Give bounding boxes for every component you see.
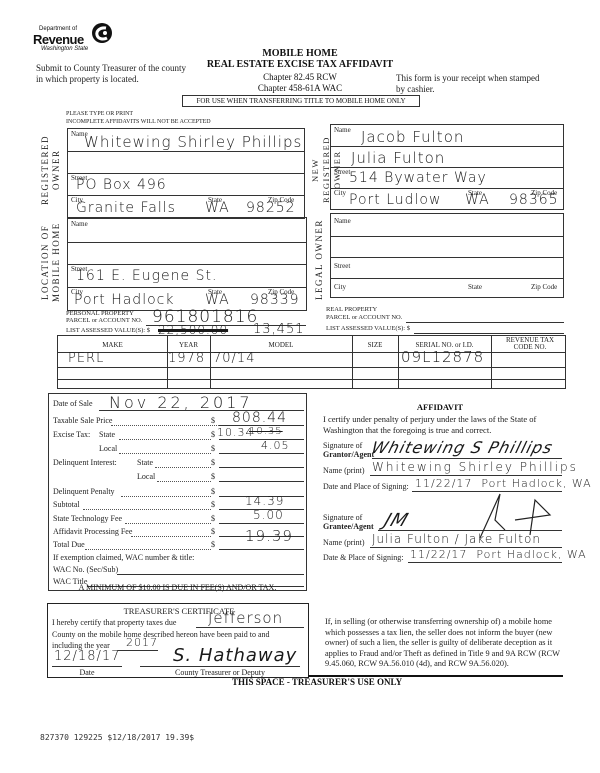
- taxable-sale-price-label: Taxable Sale Price: [53, 416, 112, 425]
- delinquent-penalty-label: Delinquent Penalty: [53, 487, 115, 496]
- treasurer-date-label: Date: [52, 668, 122, 677]
- usage-banner: FOR USE WHEN TRANSFERRING TITLE TO MOBIL…: [182, 95, 420, 107]
- new-owner-city[interactable]: Port Ludlow: [349, 192, 441, 208]
- excise-state-struck: 10.35: [249, 426, 283, 437]
- registered-owner-zip[interactable]: 98252: [246, 200, 296, 216]
- location-state[interactable]: WA: [205, 292, 230, 308]
- header-revenue-tax-code: REVENUE TAX CODE NO.: [498, 337, 562, 351]
- treasurer-date-value[interactable]: 12/18/17: [54, 649, 120, 664]
- registered-owner-section-label: REGISTEREDOWNER: [40, 130, 64, 210]
- header-size: SIZE: [352, 341, 398, 349]
- date-of-sale-label: Date of Sale: [53, 399, 93, 408]
- incomplete-note: INCOMPLETE AFFIDAVITS WILL NOT BE ACCEPT…: [66, 119, 211, 125]
- location-box: Name Street 161 E. Eugene St. City Port …: [67, 217, 307, 311]
- cell-year[interactable]: 1978: [168, 351, 205, 366]
- state-technology-fee-value[interactable]: 5.00: [253, 508, 284, 522]
- treasurer-county[interactable]: Jefferson: [208, 609, 283, 627]
- grantor-name-print[interactable]: Whitewing Shirley Phillips: [372, 460, 578, 474]
- grantor-date-place[interactable]: 11/22/17 Port Hadlock, WA: [415, 477, 592, 490]
- treasurer-signature: S. Hathaway: [173, 645, 297, 666]
- grantor-sig-label-1: Signature of: [323, 441, 362, 450]
- grantee-name-print[interactable]: Julia Fulton / Jake Fulton: [372, 532, 541, 546]
- dollar-sign: $: [211, 472, 215, 481]
- usage-banner-text: FOR USE WHEN TRANSFERRING TITLE TO MOBIL…: [183, 96, 419, 106]
- wac-no-field[interactable]: [117, 574, 304, 575]
- location-street[interactable]: 161 E. Eugene St.: [76, 268, 217, 284]
- total-due-value[interactable]: 19.39: [245, 527, 293, 545]
- street-label: Street: [334, 168, 350, 176]
- receipt-note-1: This form is your receipt when stamped: [396, 73, 539, 83]
- city-label: City: [334, 283, 346, 291]
- dollar-sign: $: [211, 444, 215, 453]
- exemption-label: If exemption claimed, WAC number & title…: [53, 553, 194, 562]
- personal-assessed-label: LIST ASSESSED VALUE(S): $: [66, 327, 150, 334]
- zip-label: Zip Code: [531, 283, 557, 291]
- new-owner-name-line2[interactable]: Julia Fulton: [351, 149, 445, 167]
- dollar-sign: $: [211, 527, 215, 536]
- wac-no-label: WAC No. (Sec/Sub): [53, 565, 118, 574]
- tax-lien-warning: If, in selling (or otherwise transferrin…: [325, 617, 571, 670]
- cell-make[interactable]: PERL: [68, 351, 104, 366]
- section-label: MOBILE HOME: [51, 222, 61, 302]
- grantee-name-label: Name (print): [323, 538, 365, 547]
- street-label: Street: [334, 262, 350, 270]
- subtotal-value[interactable]: 14.39: [245, 494, 284, 508]
- subtotal-label: Subtotal: [53, 500, 80, 509]
- registered-owner-name[interactable]: Whitewing Shirley Phillips: [84, 133, 302, 151]
- minimum-due-note: A MINIMUM OF $10.00 IS DUE IN FEE(S) AND…: [48, 583, 307, 592]
- new-registered-owner-box: Name Jacob Fulton Julia Fulton Street 51…: [330, 124, 564, 210]
- cell-model[interactable]: 70/14: [213, 351, 255, 366]
- registered-owner-city[interactable]: Granite Falls: [76, 200, 176, 216]
- excise-local-label: Local: [99, 444, 117, 453]
- section-label: NEW REGISTERED: [310, 137, 331, 204]
- cell-serial[interactable]: 09L12878: [401, 348, 484, 366]
- grantee-date-place[interactable]: 11/22/17 Port Hadlock, WA: [410, 548, 587, 561]
- real-assessed-label: LIST ASSESSED VALUE(S): $: [326, 325, 410, 332]
- location-city[interactable]: Port Hadlock: [74, 292, 174, 308]
- total-due-label: Total Due: [53, 540, 85, 549]
- dollar-sign: $: [211, 416, 215, 425]
- chapter-wac: Chapter 458-61A WAC: [0, 83, 600, 93]
- header-model: MODEL: [210, 341, 352, 349]
- treasurer-cert-line-1: I hereby certify that property taxes due: [52, 618, 176, 627]
- treasurer-signer-label: County Treasurer or Deputy: [140, 668, 300, 677]
- dollar-sign: $: [211, 514, 215, 523]
- personal-property-label-1: PERSONAL PROPERTY: [66, 310, 134, 317]
- dollar-sign: $: [211, 487, 215, 496]
- cashier-stamp: 827370 129225 $12/18/2017 19.39$: [40, 733, 194, 742]
- affidavit-certify-2: Washington that the foregoing is true an…: [323, 425, 491, 435]
- delinquent-local-field[interactable]: [219, 481, 304, 482]
- name-label: Name: [334, 217, 351, 225]
- legal-owner-box: Name Street City State Zip Code: [330, 213, 564, 298]
- state-label: State: [468, 283, 482, 291]
- grantee-signature: JM: [381, 510, 411, 531]
- delinquent-state-field[interactable]: [219, 467, 304, 468]
- excise-local-value[interactable]: 4.05: [261, 439, 290, 452]
- form-title-1: MOBILE HOME: [0, 48, 600, 59]
- grantee-sig-label-2: Grantee/Agent: [323, 522, 374, 531]
- excise-state-label: State: [99, 430, 115, 439]
- treasurer-cert-line-2: County on the mobile home described here…: [52, 630, 270, 639]
- grantee-date-label: Date & Place of Signing:: [323, 553, 403, 562]
- new-owner-street[interactable]: 514 Bywater Way: [349, 170, 487, 186]
- mobile-home-details-table: MAKE YEAR MODEL SIZE SERIAL NO. or I.D. …: [57, 335, 566, 389]
- grantor-date-label: Date and Place of Signing:: [323, 482, 409, 491]
- location-section-label: LOCATION OFMOBILE HOME: [40, 220, 66, 304]
- section-label: REGISTERED: [40, 135, 50, 205]
- dollar-sign: $: [211, 500, 215, 509]
- affidavit-certify-1: I certify under penalty of perjury under…: [323, 414, 536, 424]
- please-type-note: PLEASE TYPE OR PRINT: [66, 111, 133, 117]
- name-label: Name: [71, 220, 88, 228]
- dollar-sign: $: [211, 430, 215, 439]
- logo-name-text: Revenue: [33, 32, 84, 47]
- new-owner-name[interactable]: Jacob Fulton: [361, 128, 464, 146]
- new-owner-zip[interactable]: 98365: [509, 192, 559, 208]
- location-zip[interactable]: 98339: [250, 292, 300, 308]
- registered-owner-box: Name Whitewing Shirley Phillips Street P…: [67, 128, 305, 219]
- delinquent-local-label: Local: [137, 472, 155, 481]
- treasurer-certificate-box: TREASURER'S CERTIFICATE I hereby certify…: [47, 603, 309, 678]
- real-property-label-1: REAL PROPERTY: [326, 306, 377, 313]
- real-assessed-underline[interactable]: [414, 333, 564, 334]
- excise-tax-label: Excise Tax:: [53, 430, 90, 439]
- registered-owner-street[interactable]: PO Box 496: [76, 177, 167, 193]
- section-label: LOCATION OF: [40, 224, 50, 299]
- delinquent-interest-label: Delinquent Interest:: [53, 458, 117, 467]
- grantee-sig-label-1: Signature of: [323, 513, 362, 522]
- real-property-label-2: PARCEL or ACCOUNT NO.: [326, 314, 402, 321]
- state-technology-fee-label: State Technology Fee: [53, 514, 122, 523]
- delinquent-state-label: State: [137, 458, 153, 467]
- form-title-2: REAL ESTATE EXCISE TAX AFFIDAVIT: [0, 59, 600, 70]
- personal-property-label-2: PARCEL or ACCOUNT NO.: [66, 317, 142, 324]
- registered-owner-state[interactable]: WA: [205, 200, 230, 216]
- new-owner-state[interactable]: WA: [465, 192, 490, 208]
- dollar-sign: $: [211, 540, 215, 549]
- affidavit-processing-fee-label: Affidavit Processing Fee: [53, 527, 132, 536]
- real-account-underline[interactable]: [406, 322, 564, 323]
- treasurer-year[interactable]: 2017: [126, 636, 158, 649]
- grantor-sig-label-2: Grantor/Agent: [323, 450, 374, 459]
- affidavit-title: AFFIDAVIT: [310, 402, 570, 412]
- dollar-sign: $: [211, 458, 215, 467]
- name-label: Name: [334, 126, 351, 134]
- receipt-note-2: by cashier.: [396, 84, 435, 94]
- sale-tax-box: Date of Sale Nov 22, 2017 Taxable Sale P…: [48, 393, 307, 591]
- legal-owner-section-label: LEGAL OWNER: [314, 218, 328, 302]
- treasurer-use-only: THIS SPACE - TREASURER'S USE ONLY: [232, 677, 402, 687]
- section-label: OWNER: [51, 150, 61, 191]
- header-year: YEAR: [167, 341, 210, 349]
- grantor-signature-line[interactable]: [372, 458, 562, 459]
- city-label: City: [334, 189, 346, 197]
- header-make: MAKE: [58, 341, 167, 349]
- grantor-signature: Whitewing S Phillips: [369, 438, 555, 457]
- taxable-sale-price-value[interactable]: 808.44: [232, 410, 287, 426]
- grantor-name-label: Name (print): [323, 466, 365, 475]
- section-label: LEGAL OWNER: [314, 220, 324, 301]
- revenue-swirl-icon: [91, 22, 113, 44]
